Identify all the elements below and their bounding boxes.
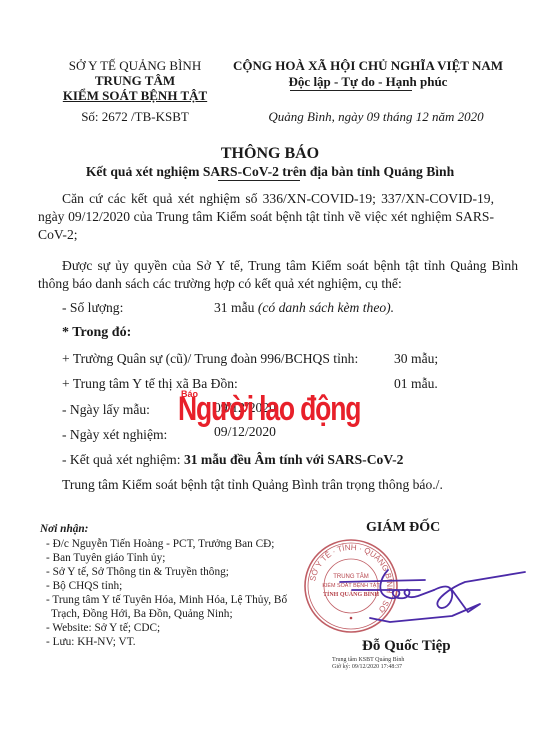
recipient-item: - Trung tâm Y tế Tuyên Hóa, Minh Hóa, Lệ… xyxy=(46,593,287,607)
digital-signature-org: Trung tâm KSBT Quảng Bình xyxy=(332,657,404,664)
quantity-note: (có danh sách kèm theo). xyxy=(258,300,394,315)
subtitle-underline xyxy=(218,180,300,181)
breakdown-heading: * Trong đó: xyxy=(62,325,131,341)
document-number: Số: 2672 /TB-KSBT xyxy=(40,109,230,125)
paragraph-basis: Căn cứ các kết quả xét nghiệm số 336/XN-… xyxy=(38,190,494,244)
quantity-value: 31 mẫu xyxy=(214,300,254,315)
recipient-item: - Bộ CHQS tỉnh; xyxy=(46,579,122,593)
breakdown-item-label: + Trường Quân sự (cũ)/ Trung đoàn 996/BC… xyxy=(62,351,358,367)
org-name-line2: KIỂM SOÁT BỆNH TẬT xyxy=(40,88,230,104)
signer-name: Đỗ Quốc Tiệp xyxy=(362,638,451,655)
recipient-item: - Ban Tuyên giáo Tỉnh ủy; xyxy=(46,551,165,565)
breakdown-item-value: 01 mẫu. xyxy=(394,376,438,392)
document-title: THÔNG BÁO xyxy=(0,145,540,163)
document-subtitle: Kết quả xét nghiệm SARS-CoV-2 trên địa b… xyxy=(0,164,540,180)
recipient-item: - Website: Sở Y tế; CDC; xyxy=(46,621,160,635)
sample-date-label: - Ngày lấy mẫu: xyxy=(62,402,150,418)
recipient-item: - Đ/c Nguyễn Tiến Hoàng - PCT, Trưởng Ba… xyxy=(46,537,274,551)
breakdown-item-value: 30 mẫu; xyxy=(394,351,438,367)
motto-underline xyxy=(290,90,412,91)
result-label: - Kết quả xét nghiệm: xyxy=(62,452,184,467)
result-row: - Kết quả xét nghiệm: 31 mẫu đều Âm tính… xyxy=(62,452,403,468)
test-date-label: - Ngày xét nghiệm: xyxy=(62,427,167,443)
recipients-heading: Nơi nhận: xyxy=(40,522,88,536)
quantity-value-row: 31 mẫu (có danh sách kèm theo). xyxy=(214,300,394,316)
national-motto: Độc lập - Tự do - Hạnh phúc xyxy=(218,74,518,90)
signer-title: GIÁM ĐỐC xyxy=(366,520,440,536)
watermark-logo: Người lao động xyxy=(178,392,360,426)
recipient-item: - Sở Y tế, Sở Thông tin & Truyền thông; xyxy=(46,565,229,579)
paragraph-basis-text: Căn cứ các kết quả xét nghiệm số 336/XN-… xyxy=(38,191,494,242)
country-name: CỘNG HOÀ XÃ HỘI CHỦ NGHĨA VIỆT NAM xyxy=(218,58,518,74)
paragraph-authority: Được sự ủy quyền của Sở Y tế, Trung tâm … xyxy=(38,257,518,293)
quantity-label: - Số lượng: xyxy=(62,300,123,316)
recipient-item: - Lưu: KH-NV; VT. xyxy=(46,635,136,649)
handwritten-signature-icon xyxy=(330,560,530,635)
closing-statement: Trung tâm Kiểm soát bệnh tật tỉnh Quảng … xyxy=(62,477,443,493)
paragraph-authority-text: Được sự ủy quyền của Sở Y tế, Trung tâm … xyxy=(38,258,518,291)
digital-signature-time: Giờ ký: 09/12/2020 17:48:37 xyxy=(332,664,402,671)
place-date: Quảng Bình, ngày 09 tháng 12 năm 2020 xyxy=(226,109,526,125)
result-value: 31 mẫu đều Âm tính với SARS-CoV-2 xyxy=(184,452,404,467)
recipient-item: Trạch, Đồng Hới, Ba Đồn, Quảng Ninh; xyxy=(46,607,233,621)
org-name-line1: TRUNG TÂM xyxy=(40,73,230,89)
org-parent: SỞ Y TẾ QUẢNG BÌNH xyxy=(40,58,230,74)
